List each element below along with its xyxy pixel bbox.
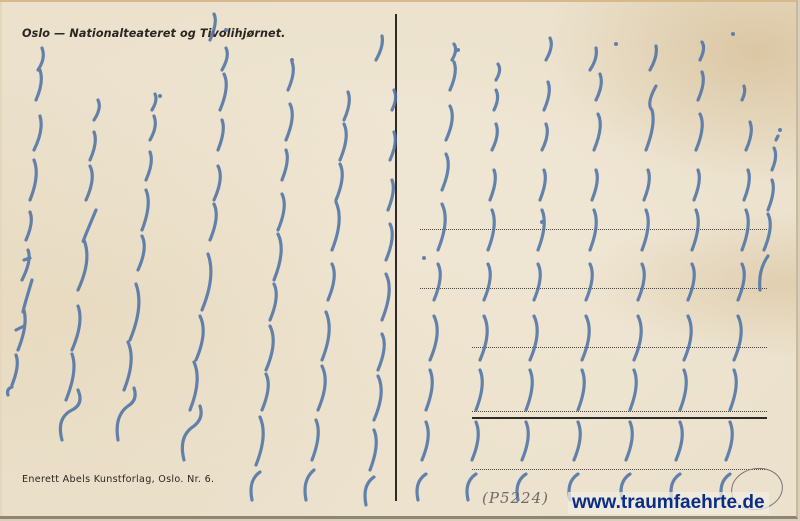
handwriting-strokes	[0, 0, 800, 521]
address-line-1	[420, 229, 767, 230]
address-underline	[472, 417, 767, 419]
address-line-5	[472, 469, 767, 470]
publisher-imprint: Enerett Abels Kunstforlag, Oslo. Nr. 6.	[22, 474, 214, 485]
postcard-back: Oslo — Nationalteateret og Tivolihjørnet…	[0, 0, 798, 519]
watermark-url: www.traumfaehrte.de	[568, 492, 769, 514]
address-line-2	[420, 288, 767, 289]
vertical-divider-line	[395, 14, 397, 501]
printed-caption: Oslo — Nationalteateret og Tivolihjørnet…	[22, 27, 286, 40]
pencil-reference-number: (P5224)	[482, 489, 549, 507]
address-line-3	[472, 347, 767, 348]
address-line-4	[472, 411, 767, 412]
